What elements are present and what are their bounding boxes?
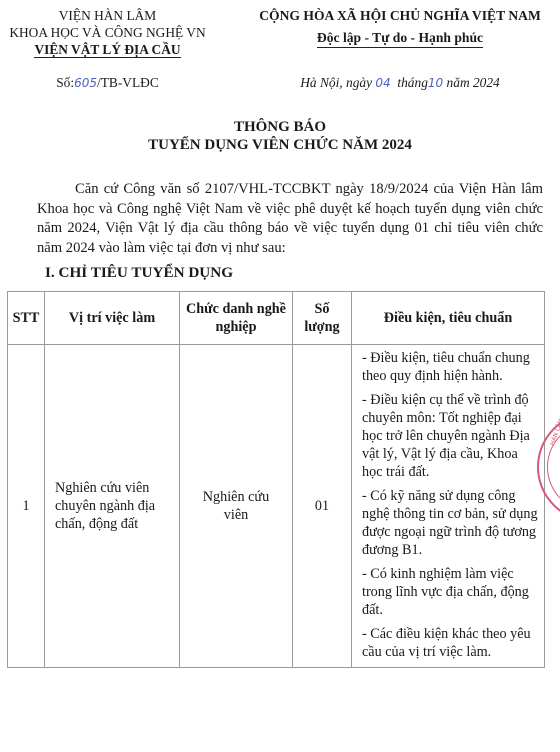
- cell-quantity: 01: [293, 345, 352, 668]
- header-position: Vị trí việc làm: [45, 292, 180, 345]
- cell-conditions: - Điều kiện, tiêu chuẩn chung theo quy đ…: [352, 345, 545, 668]
- issuing-agency-header: VIỆN HÀN LÂM KHOA HỌC VÀ CÔNG NGHỆ VN VI…: [0, 7, 215, 58]
- handwritten-day: 04: [375, 76, 390, 90]
- condition-item: - Có kinh nghiệm làm việc trong lĩnh vực…: [362, 565, 538, 619]
- national-title: CỘNG HÒA XÃ HỘI CHỦ NGHĨA VIỆT NAM: [240, 7, 560, 24]
- handwritten-month: 10: [428, 76, 443, 90]
- date-line: Hà Nội, ngày 04 tháng10 năm 2024: [240, 75, 560, 91]
- condition-item: - Điều kiện cụ thể về trình độ chuyên mô…: [362, 391, 538, 481]
- condition-item: - Các điều kiện khác theo yêu cầu của vị…: [362, 625, 538, 661]
- cell-position: Nghiên cứu viên chuyên ngành địa chấn, đ…: [45, 345, 180, 668]
- header-conditions: Điều kiện, tiêu chuẩn: [352, 292, 545, 345]
- stamp-text: HÀN LÂM K: [549, 412, 560, 446]
- national-header: CỘNG HÒA XÃ HỘI CHỦ NGHĨA VIỆT NAM Độc l…: [240, 7, 560, 46]
- table-header-row: STT Vị trí việc làm Chức danh nghề nghiệ…: [8, 292, 545, 345]
- agency-parent-line1: VIỆN HÀN LÂM: [0, 7, 215, 24]
- document-number: Số:605/TB-VLĐC: [0, 75, 215, 91]
- condition-item: - Điều kiện, tiêu chuẩn chung theo quy đ…: [362, 349, 538, 385]
- condition-item: - Có kỹ năng sử dụng công nghệ thông tin…: [362, 487, 538, 559]
- cell-title: Nghiên cứu viên: [180, 345, 293, 668]
- agency-name: VIỆN VẬT LÝ ĐỊA CẦU: [0, 41, 215, 58]
- header-quantity: Số lượng: [293, 292, 352, 345]
- national-motto: Độc lập - Tự do - Hạnh phúc: [240, 29, 560, 46]
- document-title: THÔNG BÁO TUYỂN DỤNG VIÊN CHỨC NĂM 2024: [0, 118, 560, 154]
- cell-stt: 1: [8, 345, 45, 668]
- header-title: Chức danh nghề nghiệp: [180, 292, 293, 345]
- agency-parent-line2: KHOA HỌC VÀ CÔNG NGHỆ VN: [0, 24, 215, 41]
- handwritten-number: 605: [74, 76, 97, 90]
- intro-paragraph: Căn cứ Công văn số 2107/VHL-TCCBKT ngày …: [37, 180, 543, 258]
- table-row: 1 Nghiên cứu viên chuyên ngành địa chấn,…: [8, 345, 545, 668]
- header-stt: STT: [8, 292, 45, 345]
- section-heading: I. CHỈ TIÊU TUYỂN DỤNG: [45, 264, 233, 282]
- recruitment-table: STT Vị trí việc làm Chức danh nghề nghiệ…: [7, 291, 545, 668]
